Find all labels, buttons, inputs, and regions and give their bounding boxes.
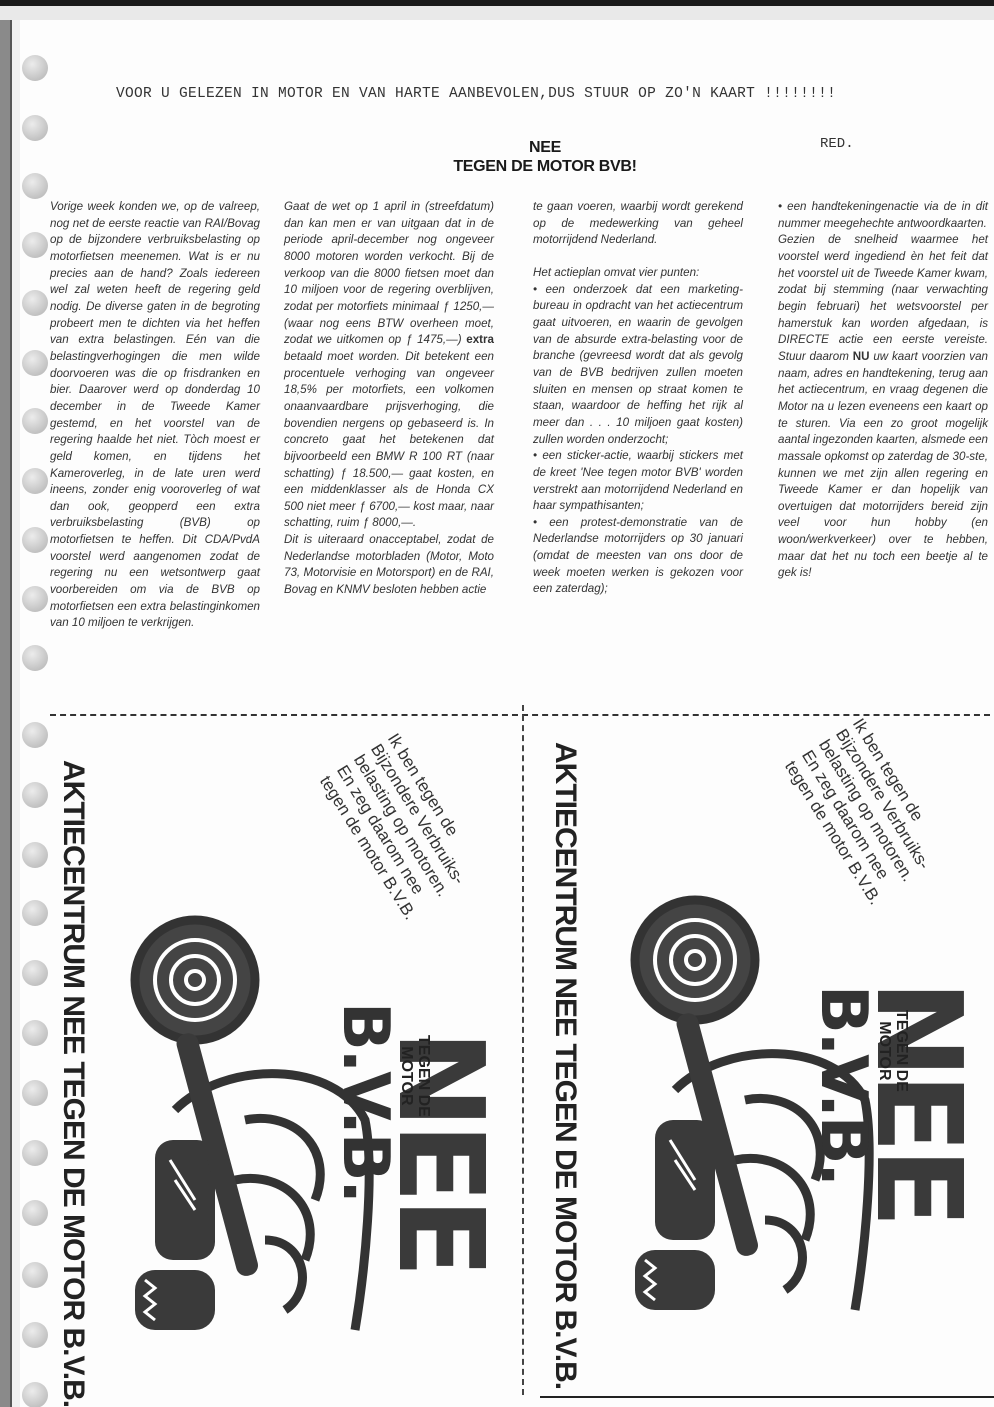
logo-small-line: TEGEN DE	[893, 1010, 910, 1092]
bullet-item: • een handtekeningenactie via de in dit …	[778, 199, 988, 232]
article-column-3: te gaan voeren, waarbij wordt gerekend o…	[533, 199, 743, 598]
binder-hole	[22, 232, 48, 258]
paragraph: Het actieplan omvat vier punten:	[533, 265, 743, 282]
logo-bvb: B.V.B.	[328, 1002, 402, 1202]
bullet-item: • een sticker-actie, waarbij stickers me…	[533, 448, 743, 515]
card-vertical-title: AKTIECENTRUM NEE TEGEN DE MOTOR B.V.B.	[56, 760, 90, 1407]
paragraph: Gezien de snelheid waarmee het voorstel …	[778, 232, 988, 582]
binder-hole	[22, 55, 48, 81]
article-title-line1: NEE	[380, 138, 710, 157]
binder-hole	[22, 468, 48, 494]
paragraph: Vorige week konden we, op de valreep, no…	[50, 199, 260, 632]
paragraph: te gaan voeren, waarbij wordt gerekend o…	[533, 199, 743, 249]
paragraph-text: betaald moet worden. Dit betekent een pr…	[284, 350, 494, 530]
paragraph-text: Gaat de wet op 1 april in (streefdatum) …	[284, 200, 494, 346]
scan-top-margin	[0, 6, 994, 20]
binder-hole	[22, 527, 48, 553]
article-column-1: Vorige week konden we, op de valreep, no…	[50, 199, 260, 632]
editor-signature: RED.	[820, 136, 854, 152]
binder-edge	[0, 20, 12, 1407]
bullet-item: • een protest-demonstratie van de Nederl…	[533, 515, 743, 598]
paragraph: Dit is uiteraard onacceptabel, zodat de …	[284, 532, 494, 599]
logo-bvb: B.V.B.	[806, 985, 880, 1185]
binder-edge-inner	[12, 20, 20, 1407]
binder-hole	[22, 115, 48, 141]
binder-hole	[22, 350, 48, 376]
reply-card-2: AKTIECENTRUM NEE TEGEN DE MOTOR B.V.B. I…	[520, 720, 990, 1400]
card-statement: Ik ben tegen de Bijzondere Verbruiks- be…	[780, 715, 953, 909]
binder-hole	[22, 173, 48, 199]
cut-line-horizontal	[50, 714, 990, 716]
article-title: NEE TEGEN DE MOTOR BVB!	[380, 138, 710, 176]
paragraph-text: uw kaart voorzien van naam, adres en han…	[778, 350, 988, 580]
card-statement: Ik ben tegen de Bijzondere Verbruiks- be…	[315, 730, 488, 924]
binder-hole	[22, 586, 48, 612]
article-column-2: Gaat de wet op 1 april in (streefdatum) …	[284, 199, 494, 599]
logo-small-line: TEGEN DE	[415, 1035, 432, 1117]
reply-card-1: AKTIECENTRUM NEE TEGEN DE MOTOR B.V.B. I…	[40, 720, 510, 1400]
emphasis-nu: NU	[853, 350, 870, 363]
binder-hole	[22, 290, 48, 316]
typed-header-line: VOOR U GELEZEN IN MOTOR EN VAN HARTE AAN…	[116, 86, 976, 102]
bullet-item: • een onderzoek dat een marketing-bureau…	[533, 282, 743, 449]
paragraph: Gaat de wet op 1 april in (streefdatum) …	[284, 199, 494, 532]
binder-hole	[22, 645, 48, 671]
logo-tegen-de-motor: TEGEN DE MOTOR	[876, 1010, 910, 1092]
binder-hole	[22, 408, 48, 434]
logo-tegen-de-motor: TEGEN DE MOTOR	[398, 1035, 432, 1117]
article-column-4: • een handtekeningenactie via de in dit …	[778, 199, 988, 582]
card-vertical-title: AKTIECENTRUM NEE TEGEN DE MOTOR B.V.B.	[548, 742, 582, 1389]
article-title-line2: TEGEN DE MOTOR BVB!	[380, 157, 710, 176]
emphasis-extra: extra	[466, 333, 494, 346]
paragraph-text: Gezien de snelheid waarmee het voorstel …	[778, 233, 988, 363]
